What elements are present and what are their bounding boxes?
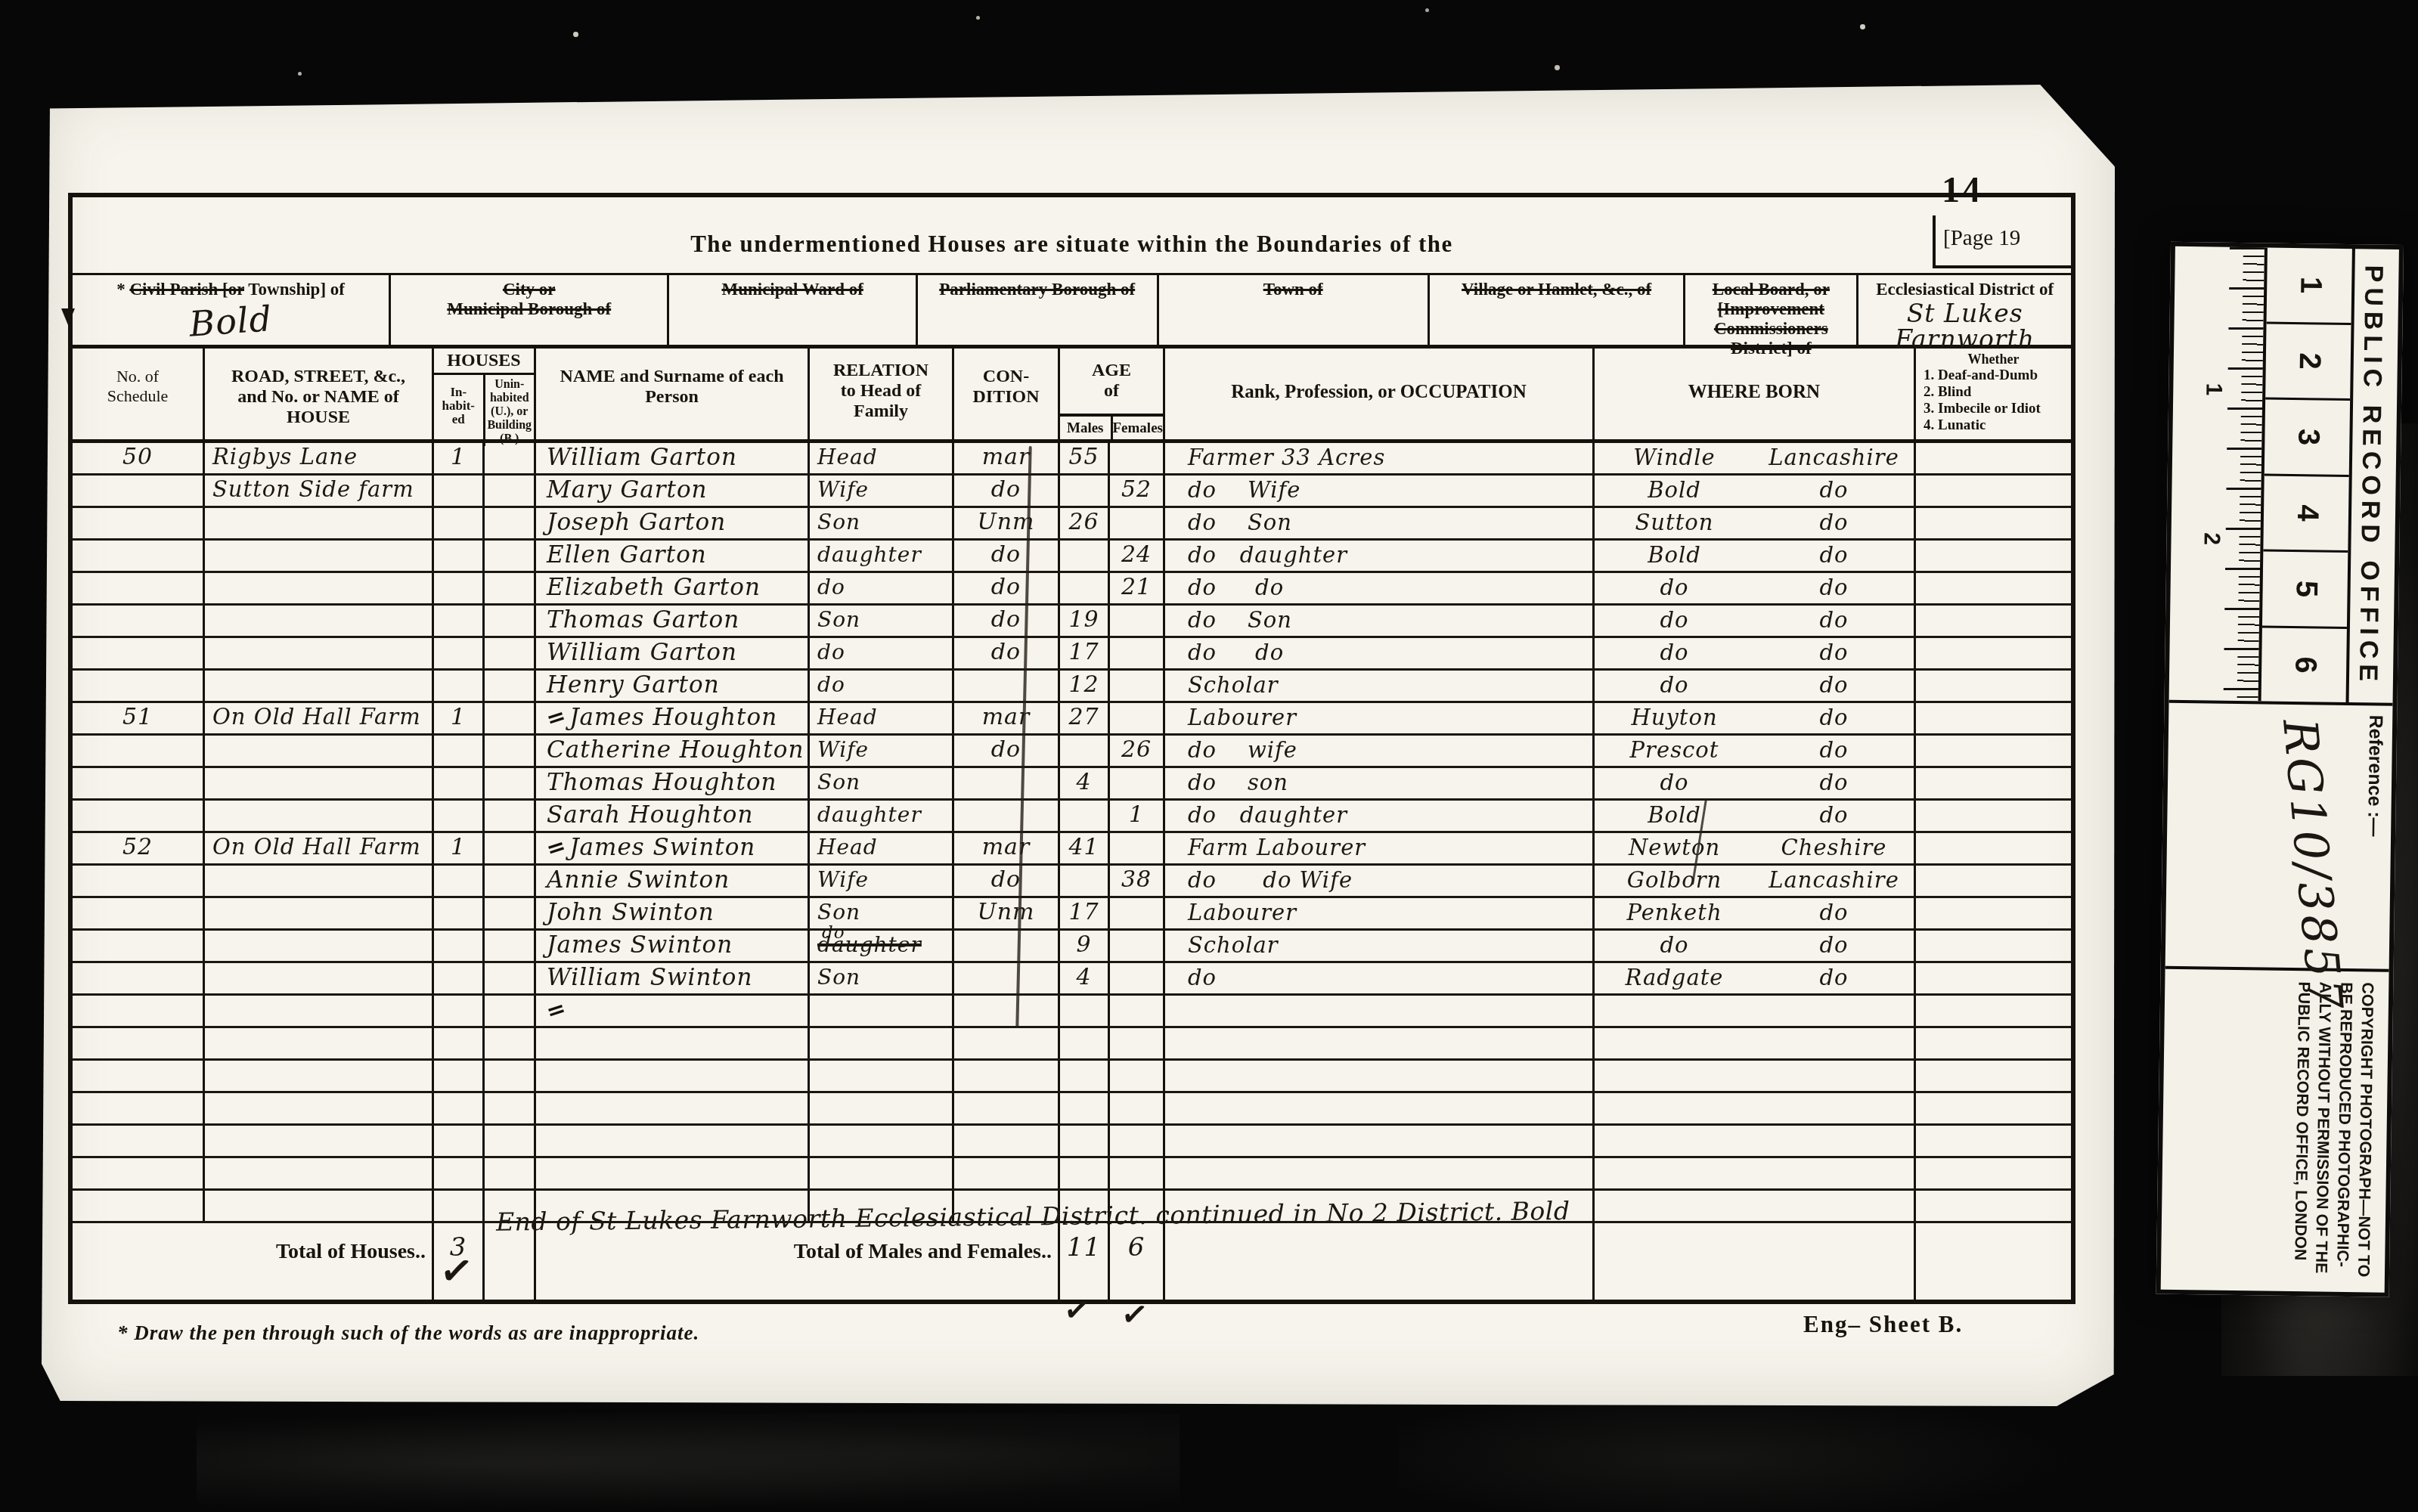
occupation-header: Rank, Profession, or OCCUPATION bbox=[1165, 349, 1592, 403]
disability-cell bbox=[1914, 768, 2071, 798]
houses-uninhabited-value bbox=[482, 833, 534, 863]
condition-value bbox=[952, 1028, 1058, 1058]
condition-value: Unm bbox=[952, 508, 1058, 538]
occupation-value bbox=[1163, 1028, 1592, 1058]
person-name-text: William Swinton bbox=[547, 964, 752, 991]
birth-county: Lancashire bbox=[1754, 443, 1914, 473]
houses-uninhabited-value bbox=[482, 736, 534, 766]
occupation-value: Farmer 33 Acres bbox=[1163, 443, 1592, 473]
birth-county: Lancashire bbox=[1754, 866, 1914, 896]
house-road-name: Sutton Side farm bbox=[203, 476, 432, 506]
house-road-name bbox=[203, 638, 432, 668]
household-pen-mark: = bbox=[543, 994, 571, 1027]
person-name: William Garton bbox=[534, 443, 808, 473]
person-name: Annie Swinton bbox=[534, 866, 808, 896]
header-field-label: Parliamentary Borough of bbox=[918, 280, 1157, 299]
houses-inhabited-value bbox=[432, 573, 482, 603]
houses-subheaders: In-habit-ed Unin-habited(U.), orBuilding… bbox=[434, 375, 534, 446]
blank-row bbox=[73, 1061, 2071, 1093]
header-field-label-line: Village or Hamlet, &c., of bbox=[1430, 280, 1683, 299]
occupation-value bbox=[1163, 1126, 1592, 1156]
birth-county: do bbox=[1754, 898, 1914, 928]
age-females-value bbox=[1108, 1158, 1163, 1188]
birth-place: do bbox=[1595, 573, 1754, 603]
person-name bbox=[534, 1093, 808, 1123]
column-header-band: No. of Schedule ROAD, STREET, &c., and N… bbox=[73, 349, 2071, 443]
checkmark-males-total: ✓ bbox=[1062, 1290, 1093, 1331]
where-born-cell: Suttondo bbox=[1592, 508, 1914, 538]
schedule-number bbox=[73, 1093, 203, 1123]
relation-text: Head bbox=[817, 835, 878, 860]
copyright-line: PUBLIC RECORD OFFICE, LONDON bbox=[2289, 981, 2315, 1291]
age-males-value: 9 bbox=[1058, 931, 1108, 961]
condition-value bbox=[952, 768, 1058, 798]
age-header-line: AGE bbox=[1060, 361, 1163, 381]
relation-to-head bbox=[808, 1158, 952, 1188]
relation-to-head bbox=[808, 996, 952, 1026]
relation-to-head: Son bbox=[808, 606, 952, 636]
birth-place: Golborn bbox=[1595, 866, 1754, 896]
houses-inhabited-value bbox=[432, 1093, 482, 1123]
where-born-cell bbox=[1592, 1126, 1914, 1156]
schedule-number bbox=[73, 866, 203, 896]
birth-county: do bbox=[1754, 638, 1914, 668]
where-born-cell bbox=[1592, 1158, 1914, 1188]
where-born-cell: Bolddo bbox=[1592, 476, 1914, 506]
age-females-value: 26 bbox=[1108, 736, 1163, 766]
relation-to-head: Wife bbox=[808, 736, 952, 766]
houses-uninhabited-value bbox=[482, 1158, 534, 1188]
where-born-cell: dodo bbox=[1592, 573, 1914, 603]
relation-to-head: do bbox=[808, 671, 952, 701]
disability-cell bbox=[1914, 443, 2071, 473]
houses-uninhabited-value bbox=[482, 866, 534, 896]
relation-value: do bbox=[817, 575, 845, 600]
scan-noise-bottom-right bbox=[1399, 1391, 2079, 1512]
house-road-name bbox=[203, 898, 432, 928]
house-road-name bbox=[203, 768, 432, 798]
copyright-line: BE REPRODUCED PHOTOGRAPHIC- bbox=[2332, 982, 2358, 1292]
relation-text: do bbox=[817, 640, 845, 665]
houses-inhabited-value: 1 bbox=[432, 833, 482, 863]
person-name bbox=[534, 1061, 808, 1091]
column-header-relation: RELATION to Head of Family bbox=[808, 349, 952, 439]
disability-cell bbox=[1914, 736, 2071, 766]
relation-value: do bbox=[817, 640, 845, 665]
disability-cell bbox=[1914, 703, 2071, 733]
birth-place: Bold bbox=[1595, 541, 1754, 571]
schedule-header-line: Schedule bbox=[73, 386, 203, 406]
census-row: Thomas HoughtonSon4do sondodo bbox=[73, 768, 2071, 801]
houses-uninhabited-value bbox=[482, 606, 534, 636]
disability-item: 3. Imbecile or Idiot bbox=[1916, 401, 2071, 417]
blank-row bbox=[73, 1093, 2071, 1126]
houses-inhabited-value bbox=[432, 638, 482, 668]
birth-county: do bbox=[1754, 606, 1914, 636]
person-name: James Swinton bbox=[534, 931, 808, 961]
person-name: Elizabeth Garton bbox=[534, 573, 808, 603]
relation-text: daughter bbox=[817, 802, 922, 827]
disability-cell bbox=[1914, 833, 2071, 863]
condition-value: do bbox=[952, 606, 1058, 636]
age-males-value: 17 bbox=[1058, 898, 1108, 928]
where-born-cell: Penkethdo bbox=[1592, 898, 1914, 928]
houses-uninhabited-value bbox=[482, 508, 534, 538]
house-road-name bbox=[203, 1061, 432, 1091]
disability-cell bbox=[1914, 1126, 2071, 1156]
stamp-reference-section: Reference :— RG10/3857 bbox=[2165, 700, 2393, 969]
houses-uninhabited-value bbox=[482, 703, 534, 733]
houses-uninhabited-value bbox=[482, 1126, 534, 1156]
uninhabited-header-line: Unin- bbox=[485, 378, 535, 392]
where-born-cell: dodo bbox=[1592, 671, 1914, 701]
copyright-line: COPYRIGHT PHOTOGRAPH—NOT TO bbox=[2353, 982, 2379, 1292]
birth-county: do bbox=[1754, 963, 1914, 993]
relation-text: daughter bbox=[817, 542, 922, 567]
age-females-value bbox=[1108, 443, 1163, 473]
disability-cell bbox=[1914, 573, 2071, 603]
person-name: Thomas Garton bbox=[534, 606, 808, 636]
column-header-whereborn: WHERE BORN bbox=[1592, 349, 1914, 439]
person-name bbox=[534, 1028, 808, 1058]
schedule-number bbox=[73, 1191, 203, 1221]
age-females-value: 24 bbox=[1108, 541, 1163, 571]
occupation-value: do do bbox=[1163, 573, 1592, 603]
person-name: Sarah Houghton bbox=[534, 801, 808, 831]
uninhabited-header-line: Building bbox=[485, 419, 535, 432]
age-females-value bbox=[1108, 671, 1163, 701]
census-row: Elizabeth Gartondodo21do dododo bbox=[73, 573, 2071, 606]
age-females-value: 21 bbox=[1108, 573, 1163, 603]
road-header-line: and No. or NAME of HOUSE bbox=[205, 387, 432, 428]
person-name-text: William Garton bbox=[547, 639, 737, 666]
condition-value: do bbox=[952, 866, 1058, 896]
age-females-value: 52 bbox=[1108, 476, 1163, 506]
age-females-value bbox=[1108, 898, 1163, 928]
age-males-value: 41 bbox=[1058, 833, 1108, 863]
age-males-value bbox=[1058, 541, 1108, 571]
schedule-number bbox=[73, 996, 203, 1026]
occupation-value: Labourer bbox=[1163, 898, 1592, 928]
age-males-value: 27 bbox=[1058, 703, 1108, 733]
houses-inhabited-value bbox=[432, 931, 482, 961]
house-road-name bbox=[203, 1126, 432, 1156]
age-females-value bbox=[1108, 996, 1163, 1026]
label-segment: Ecclesiastical District of bbox=[1876, 280, 2054, 299]
disability-cell bbox=[1914, 801, 2071, 831]
relation-value: Son bbox=[817, 510, 860, 534]
house-road-name bbox=[203, 736, 432, 766]
column-header-age: AGE of Males Females bbox=[1058, 349, 1163, 439]
birth-place: Bold bbox=[1595, 801, 1754, 831]
person-name: =James Houghton bbox=[534, 703, 808, 733]
condition-value bbox=[952, 671, 1058, 701]
birth-county: do bbox=[1754, 768, 1914, 798]
where-born-cell bbox=[1592, 1028, 1914, 1058]
disability-header-title: Whether bbox=[1916, 349, 2071, 367]
sheet-footer: Eng– Sheet B. bbox=[1803, 1311, 1963, 1338]
condition-value: mar bbox=[952, 833, 1058, 863]
person-name: Thomas Houghton bbox=[534, 768, 808, 798]
schedule-number bbox=[73, 573, 203, 603]
totals-disability-cell bbox=[1914, 1223, 2071, 1301]
house-road-name bbox=[203, 931, 432, 961]
inch-number: 4 bbox=[2263, 473, 2348, 550]
relation-to-head: Head bbox=[808, 703, 952, 733]
disability-item: 2. Blind bbox=[1916, 384, 2071, 401]
relation-to-head: do bbox=[808, 573, 952, 603]
houses-inhabited-value bbox=[432, 996, 482, 1026]
column-header-name: NAME and Surname of each Person bbox=[534, 349, 808, 439]
schedule-number bbox=[73, 931, 203, 961]
person-name bbox=[534, 1126, 808, 1156]
houses-uninhabited-value bbox=[482, 638, 534, 668]
inhabited-header-line: In- bbox=[434, 386, 483, 399]
occupation-value: do Wife bbox=[1163, 476, 1592, 506]
birth-place: Penketh bbox=[1595, 898, 1754, 928]
relation-header-line: to Head of bbox=[810, 381, 952, 401]
schedule-number bbox=[73, 638, 203, 668]
person-name-text: Catherine Houghton bbox=[547, 736, 804, 764]
birth-place: Radgate bbox=[1595, 963, 1754, 993]
house-road-name bbox=[203, 541, 432, 571]
census-row: Sutton Side farmMary GartonWifedo52do Wi… bbox=[73, 476, 2071, 508]
form-footnote: * Draw the pen through such of the words… bbox=[117, 1321, 699, 1345]
where-born-cell: Bolddo bbox=[1592, 801, 1914, 831]
houses-uninhabited-value bbox=[482, 1061, 534, 1091]
schedule-number bbox=[73, 606, 203, 636]
schedule-number bbox=[73, 1158, 203, 1188]
stamp-inch-scale: 123456 bbox=[2258, 247, 2352, 702]
census-row: 51On Old Hall Farm1=James HoughtonHeadma… bbox=[73, 703, 2071, 736]
blank-row bbox=[73, 1126, 2071, 1158]
house-road-name: On Old Hall Farm bbox=[203, 703, 432, 733]
birth-place: Sutton bbox=[1595, 508, 1754, 538]
occupation-value: do daughter bbox=[1163, 541, 1592, 571]
census-row: John SwintonSonUnm17LabourerPenkethdo bbox=[73, 898, 2071, 931]
relation-text: Head bbox=[817, 445, 878, 469]
relation-header-line: Family bbox=[810, 401, 952, 422]
person-name-text: John Swinton bbox=[547, 899, 715, 926]
relation-value: Son bbox=[817, 965, 860, 990]
condition-value bbox=[952, 1061, 1058, 1091]
header-field: * Civil Parish [or Township] ofBold bbox=[73, 275, 389, 345]
house-road-name bbox=[203, 801, 432, 831]
census-sheet-paper: 14 The undermentioned Houses are situate… bbox=[42, 85, 2115, 1406]
schedule-number bbox=[73, 963, 203, 993]
census-row: William Gartondodo17do dododo bbox=[73, 638, 2071, 671]
relation-value: Wife bbox=[817, 737, 869, 762]
age-males-value bbox=[1058, 1028, 1108, 1058]
houses-inhabited-value bbox=[432, 898, 482, 928]
age-header-title: AGE of bbox=[1060, 349, 1163, 414]
person-name-text: Thomas Garton bbox=[547, 606, 739, 634]
houses-inhabited-value bbox=[432, 606, 482, 636]
relation-text: Son bbox=[817, 607, 860, 632]
houses-inhabited-value: 1 bbox=[432, 703, 482, 733]
age-females-value bbox=[1108, 1093, 1163, 1123]
form-title: The undermentioned Houses are situate wi… bbox=[73, 231, 2071, 258]
houses-uninhabited-value bbox=[482, 573, 534, 603]
schedule-number bbox=[73, 671, 203, 701]
age-males-value bbox=[1058, 996, 1108, 1026]
struck-label-segment: Town of bbox=[1263, 280, 1323, 299]
birth-county: Cheshire bbox=[1754, 833, 1914, 863]
age-males-value: 12 bbox=[1058, 671, 1108, 701]
birth-county: do bbox=[1754, 476, 1914, 506]
houses-inhabited-value bbox=[432, 671, 482, 701]
struck-label-segment: Municipal Ward of bbox=[721, 280, 863, 299]
struck-label-segment: Local Board, or [Improvement bbox=[1713, 280, 1830, 318]
age-females-value bbox=[1108, 963, 1163, 993]
total-houses-label: Total of Houses.. bbox=[73, 1223, 432, 1301]
occupation-value: Scholar bbox=[1163, 931, 1592, 961]
houses-uninhabited-value bbox=[482, 768, 534, 798]
age-males-value bbox=[1058, 736, 1108, 766]
stamp-ruler-section: PUBLIC RECORD OFFICE 123456 12 bbox=[2169, 246, 2399, 703]
census-row: 50Rigbys Lane1William GartonHeadmar55Far… bbox=[73, 443, 2071, 476]
age-males-value: 17 bbox=[1058, 638, 1108, 668]
house-road-name bbox=[203, 963, 432, 993]
condition-value: do bbox=[952, 476, 1058, 506]
relation-value: Son bbox=[817, 770, 860, 795]
birth-place: Newton bbox=[1595, 833, 1754, 863]
census-row: William SwintonSon4doRadgatedo bbox=[73, 963, 2071, 996]
column-header-occupation: Rank, Profession, or OCCUPATION bbox=[1163, 349, 1592, 439]
houses-inhabited-value bbox=[432, 801, 482, 831]
relation-to-head bbox=[808, 1028, 952, 1058]
houses-uninhabited-value bbox=[482, 1028, 534, 1058]
where-born-cell bbox=[1592, 1093, 1914, 1123]
where-born-cell: Prescotdo bbox=[1592, 736, 1914, 766]
struck-label-segment: City or bbox=[503, 280, 556, 299]
houses-inhabited-value bbox=[432, 866, 482, 896]
relation-to-head: daughterdo bbox=[808, 931, 952, 961]
houses-uninhabited-value bbox=[482, 801, 534, 831]
condition-value: do bbox=[952, 573, 1058, 603]
houses-header-title: HOUSES bbox=[434, 349, 534, 375]
occupation-value: Scholar bbox=[1163, 671, 1592, 701]
uninhabited-header: Unin-habited(U.), orBuilding(B.) bbox=[483, 375, 535, 446]
condition-value bbox=[952, 931, 1058, 961]
relation-to-head bbox=[808, 1126, 952, 1156]
person-name-text: James Swinton bbox=[569, 834, 755, 861]
whereborn-header: WHERE BORN bbox=[1595, 349, 1914, 403]
schedule-number bbox=[73, 1028, 203, 1058]
age-males-value bbox=[1058, 476, 1108, 506]
schedule-number: 51 bbox=[73, 703, 203, 733]
stamp-office-title: PUBLIC RECORD OFFICE bbox=[2346, 249, 2399, 703]
header-field: Parliamentary Borough of bbox=[916, 275, 1157, 345]
condition-value: mar bbox=[952, 703, 1058, 733]
houses-inhabited-value bbox=[432, 508, 482, 538]
disability-item: 4. Lunatic bbox=[1916, 417, 2071, 434]
house-road-name bbox=[203, 606, 432, 636]
houses-uninhabited-value bbox=[482, 963, 534, 993]
condition-value: mar bbox=[952, 443, 1058, 473]
where-born-cell: dodo bbox=[1592, 931, 1914, 961]
occupation-value: do Son bbox=[1163, 508, 1592, 538]
household-pen-mark: = bbox=[543, 702, 571, 735]
disability-item: 1. Deaf-and-Dumb bbox=[1916, 367, 2071, 384]
person-name-text: Annie Swinton bbox=[547, 866, 730, 894]
disability-cell bbox=[1914, 1093, 2071, 1123]
title-band: The undermentioned Houses are situate wi… bbox=[73, 197, 2071, 273]
where-born-cell: dodo bbox=[1592, 638, 1914, 668]
census-form-table: The undermentioned Houses are situate wi… bbox=[68, 193, 2075, 1304]
header-field-label: Local Board, or [ImprovementCommissioner… bbox=[1685, 280, 1856, 358]
houses-inhabited-value bbox=[432, 1028, 482, 1058]
condition-value: Unm bbox=[952, 898, 1058, 928]
disability-cell bbox=[1914, 1061, 2071, 1091]
header-field-label-line: Parliamentary Borough of bbox=[918, 280, 1157, 299]
census-row: 52On Old Hall Farm1=James SwintonHeadmar… bbox=[73, 833, 2071, 866]
age-males-value: 55 bbox=[1058, 443, 1108, 473]
males-header: Males bbox=[1060, 417, 1111, 439]
house-road-name: Rigbys Lane bbox=[203, 443, 432, 473]
relation-to-head: Head bbox=[808, 833, 952, 863]
relation-value: Head bbox=[817, 835, 878, 860]
birth-place: do bbox=[1595, 638, 1754, 668]
relation-value: Wife bbox=[817, 477, 869, 502]
disability-cell bbox=[1914, 606, 2071, 636]
label-segment: * bbox=[116, 280, 129, 299]
age-females-value bbox=[1108, 606, 1163, 636]
schedule-header-line: No. of bbox=[73, 367, 203, 386]
handwritten-line: St Lukes bbox=[1858, 301, 2071, 327]
age-females-value bbox=[1108, 1126, 1163, 1156]
birth-county: do bbox=[1754, 703, 1914, 733]
relation-to-head bbox=[808, 1093, 952, 1123]
house-road-name bbox=[203, 866, 432, 896]
person-name-text: Elizabeth Garton bbox=[547, 574, 761, 601]
relation-text: do bbox=[817, 575, 845, 600]
occupation-value: do bbox=[1163, 963, 1592, 993]
condition-header-line: CON- bbox=[954, 367, 1058, 387]
relation-text: Son bbox=[817, 510, 860, 534]
condition-value bbox=[952, 1126, 1058, 1156]
where-born-cell: WindleLancashire bbox=[1592, 443, 1914, 473]
person-name-text: Thomas Houghton bbox=[547, 769, 777, 796]
houses-uninhabited-value bbox=[482, 541, 534, 571]
struck-label-segment: Village or Hamlet, &c., of bbox=[1462, 280, 1651, 299]
age-subheaders: Males Females bbox=[1060, 414, 1163, 439]
checkmark-females-total: ✓ bbox=[1119, 1294, 1151, 1335]
relation-value: Wife bbox=[817, 867, 869, 892]
age-females-value bbox=[1108, 768, 1163, 798]
relation-value: do bbox=[817, 672, 845, 697]
house-road-name bbox=[203, 1191, 432, 1221]
header-field-label-line: Municipal Borough of bbox=[391, 299, 667, 319]
house-road-name bbox=[203, 671, 432, 701]
stamp-copyright-section: COPYRIGHT PHOTOGRAPH—NOT TOBE REPRODUCED… bbox=[2161, 966, 2389, 1293]
condition-value bbox=[952, 801, 1058, 831]
scan-noise-bottom-left bbox=[197, 1414, 1180, 1512]
schedule-number bbox=[73, 801, 203, 831]
house-road-name bbox=[203, 996, 432, 1026]
person-name: William Garton bbox=[534, 638, 808, 668]
header-field-label: Village or Hamlet, &c., of bbox=[1430, 280, 1683, 299]
person-name-text: Joseph Garton bbox=[547, 509, 726, 536]
disability-cell bbox=[1914, 638, 2071, 668]
header-field: Local Board, or [ImprovementCommissioner… bbox=[1683, 275, 1856, 345]
relation-value: Son bbox=[817, 607, 860, 632]
header-field-label-line: City or bbox=[391, 280, 667, 299]
stamp-label: PUBLIC RECORD OFFICE 123456 12 Reference… bbox=[2156, 242, 2404, 1297]
scan-dust-specks bbox=[0, 0, 2, 2]
inhabited-header-line: habit- bbox=[434, 399, 483, 413]
houses-inhabited-value bbox=[432, 1061, 482, 1091]
